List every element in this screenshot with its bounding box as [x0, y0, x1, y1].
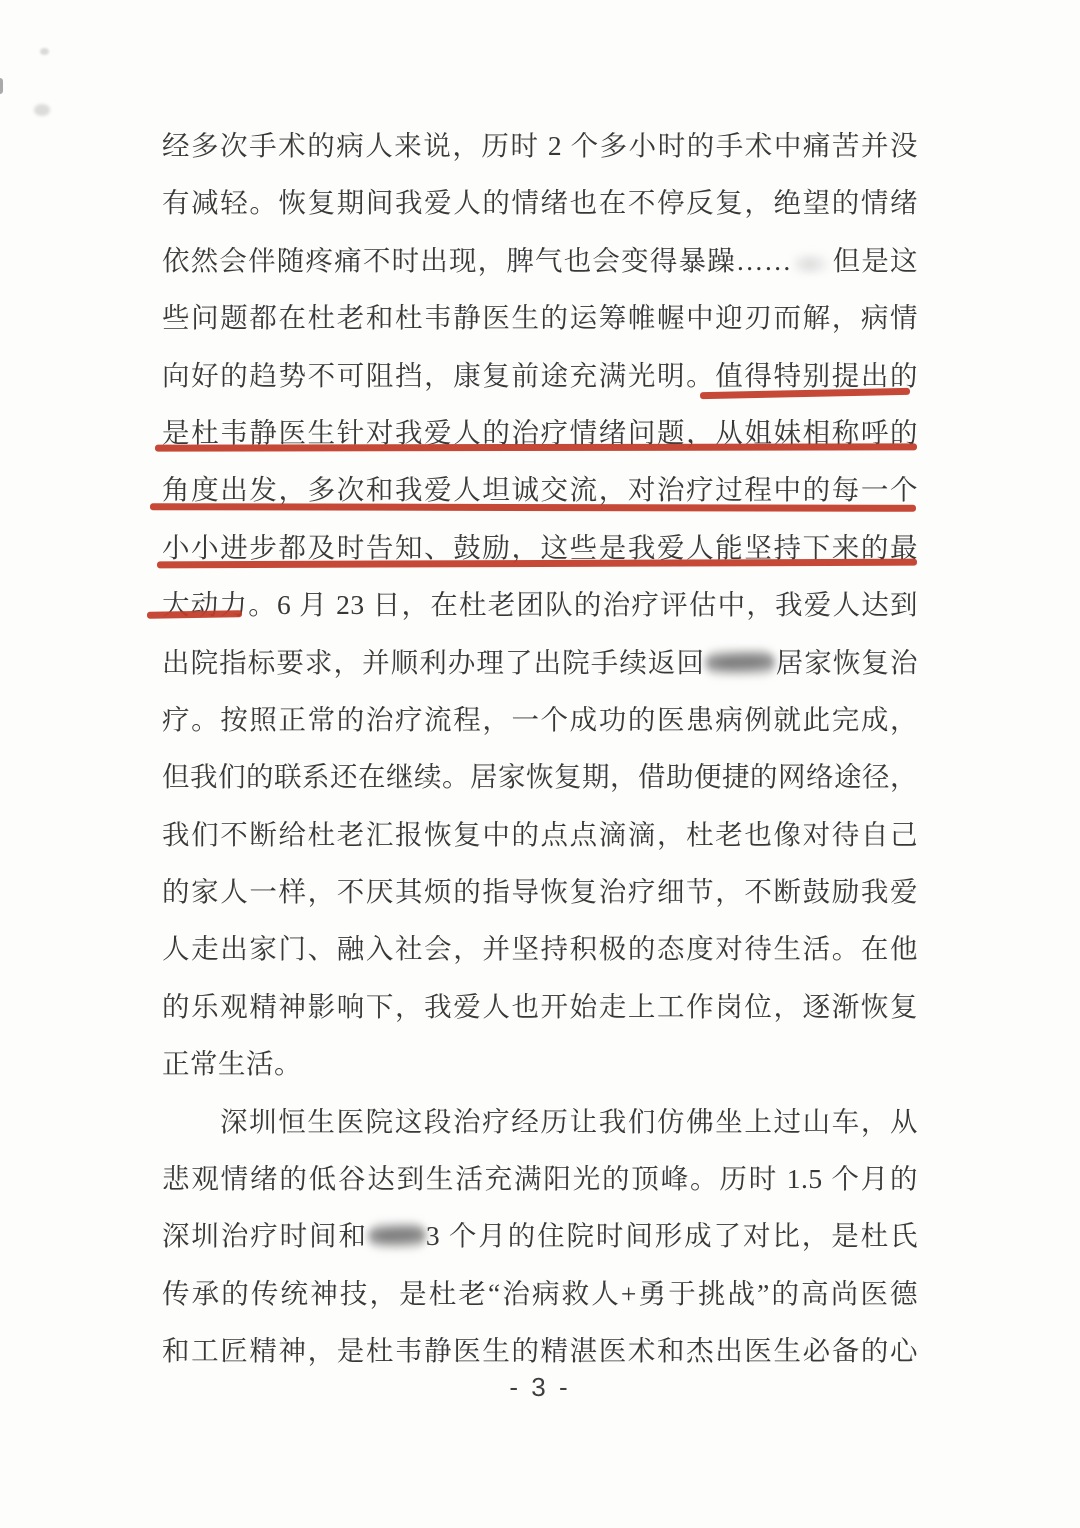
text-line: 小小进步都及时告知、鼓励，这些是我爱人能坚持下来的最: [162, 519, 918, 576]
text-line: 有减轻。恢复期间我爱人的情绪也在不停反复，绝望的情绪: [162, 174, 918, 231]
text-segment: 居家恢复治: [775, 647, 918, 678]
censored-smudge: [792, 251, 832, 275]
text-line: 的乐观精神影响下，我爱人也开始走上工作岗位，逐渐恢复: [162, 978, 918, 1035]
scan-artifact: [40, 48, 49, 55]
scanned-document-page: 经多次手术的病人来说，历时 2 个多小时的手术中痛苦并没 有减轻。恢复期间我爱人…: [0, 0, 1080, 1528]
text-line: 些问题都在杜老和杜韦静医生的运筹帷幄中迎刃而解，病情: [162, 289, 918, 346]
text-line: 的家人一样，不厌其烦的指导恢复治疗细节，不断鼓励我爱: [162, 863, 918, 920]
text-segment: 3 个月的住院时间形成了对比，是杜氏: [426, 1220, 918, 1251]
text-line: 我们不断给杜老汇报恢复中的点点滴滴，杜老也像对待自己: [162, 806, 918, 863]
text-line: 正常生活。: [162, 1035, 918, 1092]
text-line: 出院指标要求，并顺利办理了出院手续返回居家恢复治: [162, 634, 918, 691]
text-line: 疗。按照正常的治疗流程，一个成功的医患病例就此完成，: [162, 691, 918, 748]
text-segment: 出院指标要求，并顺利办理了出院手续返回: [162, 647, 705, 678]
page-number: - 3 -: [0, 1372, 1080, 1403]
censored-blur: [705, 649, 775, 677]
text-line: 人走出家门、融入社会，并坚持积极的态度对待生活。在他: [162, 920, 918, 977]
scan-artifact: [0, 78, 3, 94]
text-line: 是杜韦静医生针对我爱人的治疗情绪问题，从姐妹相称呼的: [162, 404, 918, 461]
text-line: 深圳治疗时间和3 个月的住院时间形成了对比，是杜氏: [162, 1207, 918, 1264]
red-underline: [155, 443, 917, 451]
text-segment: 深圳治疗时间和: [162, 1220, 368, 1251]
text-line: 悲观情绪的低谷达到生活充满阳光的顶峰。历时 1.5 个月的: [162, 1150, 918, 1207]
text-line: 经多次手术的病人来说，历时 2 个多小时的手术中痛苦并没: [162, 117, 918, 174]
text-segment: 但是这: [832, 245, 918, 276]
text-line: 依然会伴随疼痛不时出现，脾气也会变得暴躁……但是这: [162, 232, 918, 289]
text-line: 大动力。6 月 23 日，在杜老团队的治疗评估中，我爱人达到: [162, 576, 918, 633]
text-line: 但我们的联系还在继续。居家恢复期，借助便捷的网络途径，: [162, 748, 918, 805]
text-line: 深圳恒生医院这段治疗经历让我们仿佛坐上过山车，从: [162, 1093, 918, 1150]
text-line: 传承的传统神技，是杜老“治病救人+勇于挑战”的高尚医德: [162, 1265, 918, 1322]
text-line: 和工匠精神，是杜韦静医生的精湛医术和杰出医生必备的心: [162, 1322, 918, 1379]
censored-blur: [368, 1222, 426, 1250]
document-text-block: 经多次手术的病人来说，历时 2 个多小时的手术中痛苦并没 有减轻。恢复期间我爱人…: [162, 117, 918, 1380]
scan-artifact: [34, 104, 50, 116]
text-segment: 依然会伴随疼痛不时出现，脾气也会变得暴躁……: [162, 245, 792, 276]
